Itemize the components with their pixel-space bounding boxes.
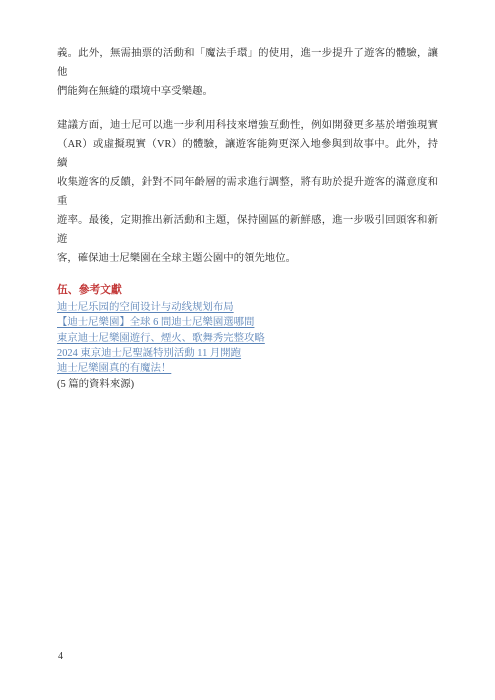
source-count-note: (5 篇的資料來源) [57, 377, 438, 392]
references-section-heading: 伍、參考文獻 [57, 283, 438, 298]
body-paragraphs: 義。此外，無需抽票的活動和「魔法手環」的使用，進一步提升了遊客的體驗，讓他們能夠… [57, 44, 438, 268]
paragraph-line: 們能夠在無縫的環境中享受樂趣。 [57, 82, 438, 101]
page-content: 義。此外，無需抽票的活動和「魔法手環」的使用，進一步提升了遊客的體驗，讓他們能夠… [57, 44, 438, 392]
reference-link[interactable]: 迪士尼乐园的空间设计与动线规划布局 [57, 300, 234, 315]
paragraph-line: （AR）或虛擬現實（VR）的體驗，讓遊客能夠更深入地參與到故事中。此外，持續 [57, 135, 438, 173]
paragraph: 義。此外，無需抽票的活動和「魔法手環」的使用，進一步提升了遊客的體驗，讓他們能夠… [57, 44, 438, 101]
paragraph-line: 建議方面，迪士尼可以進一步利用科技來增強互動性，例如開發更多基於增強現實 [57, 116, 438, 135]
reference-link[interactable]: 【迪士尼樂園】全球 6 間迪士尼樂園選哪間 [57, 315, 254, 330]
document-page: 義。此外，無需抽票的活動和「魔法手環」的使用，進一步提升了遊客的體驗，讓他們能夠… [0, 0, 495, 700]
reference-link[interactable]: 迪士尼樂園真的有魔法！ [57, 361, 171, 376]
page-number: 4 [58, 650, 63, 664]
references-list: 迪士尼乐园的空间设计与动线规划布局【迪士尼樂園】全球 6 間迪士尼樂園選哪間東京… [57, 300, 438, 376]
reference-link[interactable]: 2024 東京迪士尼聖誕特別活動 11 月開跑 [57, 346, 241, 361]
paragraph-line: 遊率。最後，定期推出新活動和主題，保持園區的新鮮感，進一步吸引回頭客和新遊 [57, 211, 438, 249]
paragraph-line: 義。此外，無需抽票的活動和「魔法手環」的使用，進一步提升了遊客的體驗，讓他 [57, 44, 438, 82]
paragraph: 建議方面，迪士尼可以進一步利用科技來增強互動性，例如開發更多基於增強現實（AR）… [57, 116, 438, 268]
reference-link[interactable]: 東京迪士尼樂園遊行、煙火、歌舞秀完整攻略 [57, 331, 265, 346]
paragraph-line: 收集遊客的反饋，針對不同年齡層的需求進行調整，將有助於提升遊客的滿意度和重 [57, 173, 438, 211]
paragraph-line: 客，確保迪士尼樂園在全球主題公園中的領先地位。 [57, 249, 438, 268]
